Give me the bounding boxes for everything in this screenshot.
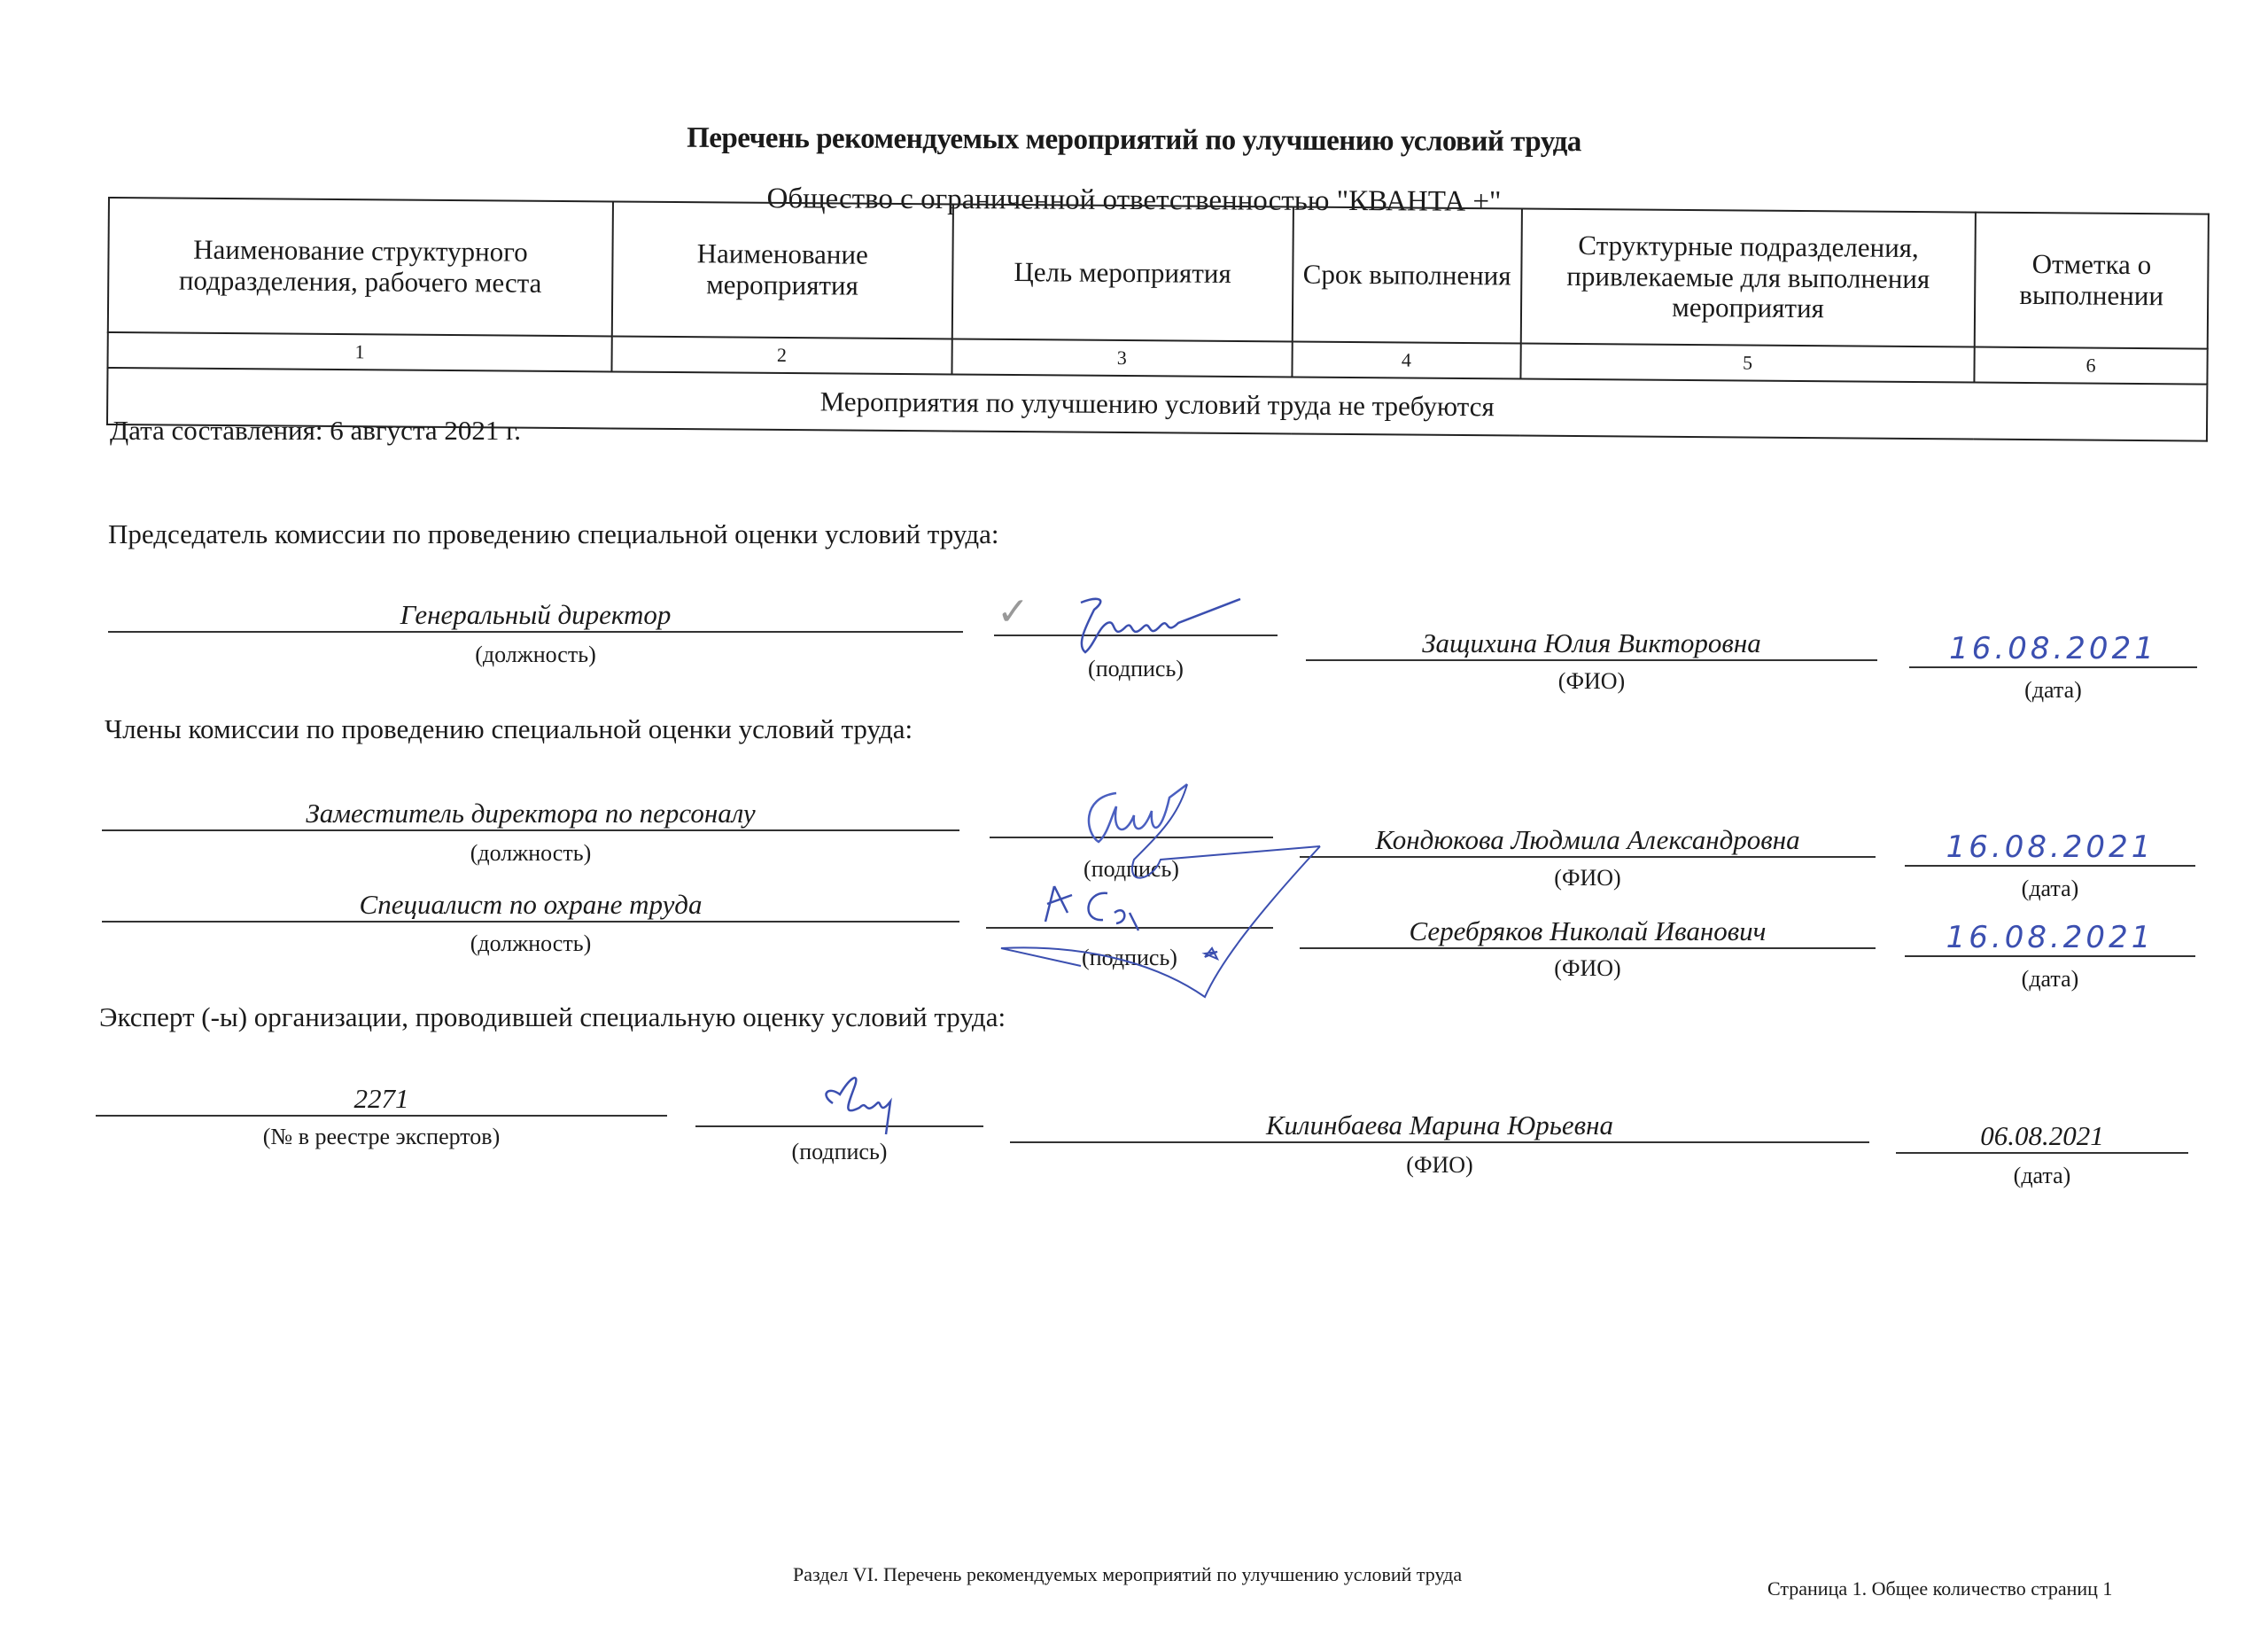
fio-caption: (ФИО) bbox=[1300, 865, 1876, 891]
column-number: 6 bbox=[1974, 347, 2207, 385]
header-cell: Структурные подразделения, привлекаемые … bbox=[1521, 209, 1976, 347]
expert-registry-number: 2271 bbox=[96, 1083, 667, 1117]
expert-signature bbox=[815, 1068, 939, 1139]
expert-heading: Эксперт (-ы) организации, проводившей сп… bbox=[99, 1001, 1006, 1033]
footer-page-count: Страница 1. Общее количество страниц 1 bbox=[1767, 1577, 2112, 1600]
chairman-date: 16.08.2021 bbox=[1909, 631, 2197, 668]
position-caption: (должность) bbox=[108, 642, 963, 668]
expert-date: 06.08.2021 bbox=[1896, 1120, 2188, 1154]
fio-caption: (ФИО) bbox=[1306, 668, 1877, 695]
members-heading: Члены комиссии по проведению специальной… bbox=[105, 713, 913, 745]
column-number: 4 bbox=[1292, 342, 1521, 379]
chairman-signature bbox=[1072, 592, 1249, 663]
date-caption: (дата) bbox=[1909, 677, 2197, 704]
date-caption: (дата) bbox=[1905, 966, 2195, 993]
column-number: 5 bbox=[1520, 344, 1974, 383]
date-caption: (дата) bbox=[1896, 1163, 2188, 1189]
header-cell: Наименование структурного подразделения,… bbox=[108, 198, 613, 336]
chairman-position: Генеральный директор bbox=[108, 599, 963, 633]
member-name: Кондюкова Людмила Александровна bbox=[1300, 824, 1876, 858]
column-number: 1 bbox=[107, 332, 611, 371]
document-title: Перечень рекомендуемых мероприятий по ул… bbox=[0, 119, 2268, 161]
position-caption: (должность) bbox=[102, 840, 959, 867]
member-date: 16.08.2021 bbox=[1905, 920, 2195, 957]
registry-caption: (№ в реестре экспертов) bbox=[96, 1124, 667, 1150]
fio-caption: (ФИО) bbox=[1010, 1152, 1869, 1179]
header-cell: Отметка о выполнении bbox=[1975, 213, 2209, 349]
chairman-heading: Председатель комиссии по проведению спец… bbox=[108, 518, 999, 550]
check-mark-icon: ✓ bbox=[997, 589, 1029, 635]
column-number: 2 bbox=[611, 336, 951, 374]
measures-table: Наименование структурного подразделения,… bbox=[106, 197, 2210, 442]
signature-caption: (подпись) bbox=[994, 656, 1278, 682]
member-position: Заместитель директора по персоналу bbox=[102, 798, 959, 831]
chairman-name: Защихина Юлия Викторовна bbox=[1306, 627, 1877, 661]
member-signatures bbox=[983, 780, 1338, 1010]
header-cell: Цель мероприятия bbox=[952, 204, 1293, 341]
header-cell: Наименование мероприятия bbox=[612, 201, 953, 339]
member-name: Серебряков Николай Иванович bbox=[1300, 915, 1876, 949]
member-position: Специалист по охране труда bbox=[102, 889, 959, 923]
member-date: 16.08.2021 bbox=[1905, 829, 2195, 867]
signature-caption: (подпись) bbox=[695, 1139, 983, 1165]
footer-section: Раздел VI. Перечень рекомендуемых меропр… bbox=[793, 1563, 1462, 1586]
header-cell: Срок выполнения bbox=[1292, 207, 1522, 344]
compiled-date: Дата составления: 6 августа 2021 г. bbox=[110, 415, 521, 447]
column-number: 3 bbox=[951, 339, 1292, 377]
date-caption: (дата) bbox=[1905, 876, 2195, 902]
expert-name: Килинбаева Марина Юрьевна bbox=[1010, 1109, 1869, 1143]
position-caption: (должность) bbox=[102, 930, 959, 957]
fio-caption: (ФИО) bbox=[1300, 955, 1876, 982]
